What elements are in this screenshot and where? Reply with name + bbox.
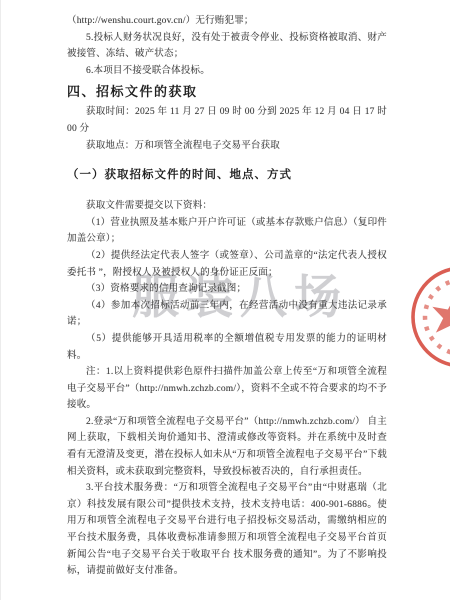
paragraph: （2）提供经法定代表人签字（或签章）、公司盖章的“法定代表人授权委托书 ”，附授… bbox=[67, 248, 387, 281]
section-heading: （一）获取招标文件的时间、地点、方式 bbox=[67, 167, 387, 183]
paragraph: 获取地点：万和项管全流程电子交易平台获取 bbox=[67, 138, 387, 155]
paragraph: （5）提供能够开具适用税率的全额增值税专用发票的能力的证明材料。 bbox=[67, 331, 387, 364]
paragraph: 6.本项目不接受联合体投标。 bbox=[67, 63, 387, 80]
section-heading: 四、招标文件的获取 bbox=[67, 83, 387, 101]
official-seal-icon bbox=[405, 261, 450, 379]
paragraph: 3.平台技术服务费：“万和项管全流程电子交易平台”由“中财惠瑞（北京）科技发展有… bbox=[67, 480, 387, 580]
paragraph: （4）参加本次招标活动前三年内，在经营活动中没有重大违法记录承诺； bbox=[67, 298, 387, 331]
paragraph: 获取时间：2025 年 11 月 27 日 09 时 00 分到 2025 年 … bbox=[67, 104, 387, 137]
paragraph: （1）营业执照及基本账户开户许可证（或基本存款账户信息）（复印件加盖公章）； bbox=[67, 215, 387, 248]
paragraph: （http://wenshu.court.gov.cn/）无行贿犯罪； bbox=[67, 13, 387, 30]
document-content: （http://wenshu.court.gov.cn/）无行贿犯罪；5.投标人… bbox=[67, 13, 387, 580]
paragraph: 注：1.以上资料提供彩色原件扫描件加盖公章上传至“万和项管全流程电子交易平台”（… bbox=[67, 364, 387, 414]
paragraph: 5.投标人财务状况良好，没有处于被责令停业、投标资格被取消、财产被接管、冻结、破… bbox=[67, 30, 387, 63]
paragraph: 获取文件需要提交以下资料： bbox=[67, 198, 387, 215]
paragraph: 2.登录“万和项管全流程电子交易平台”（http://nmwh.zchzb.co… bbox=[67, 414, 387, 480]
paragraph: （3）资格要求的信用查询记录截图； bbox=[67, 281, 387, 298]
document-page: 服装八场 （http://wenshu.court.gov.cn/）无行贿犯罪；… bbox=[0, 0, 450, 600]
